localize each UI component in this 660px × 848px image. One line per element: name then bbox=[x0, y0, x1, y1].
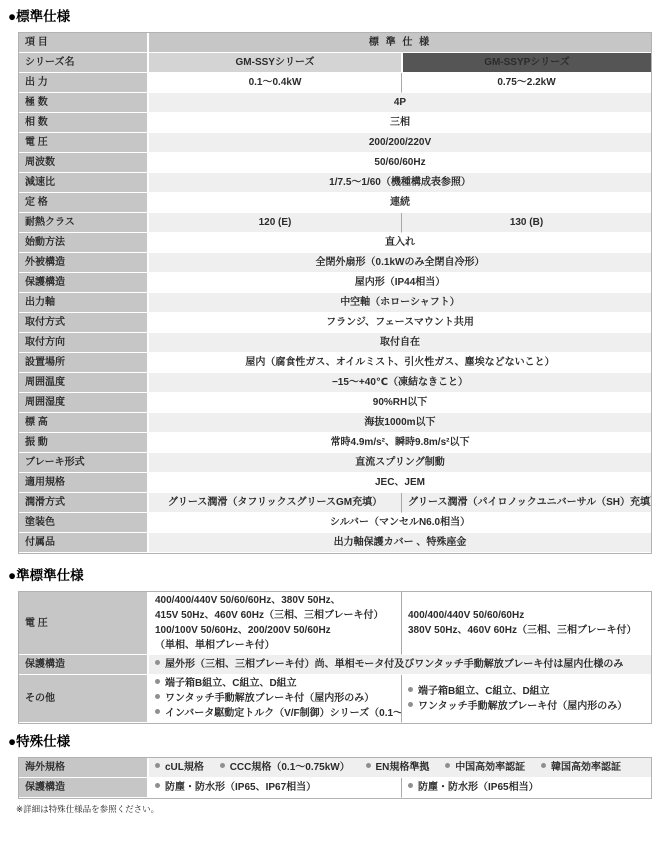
special-spec-heading: ●特殊仕様 bbox=[8, 733, 650, 750]
row-label: 耐熱クラス bbox=[19, 213, 149, 233]
list-item: EN規格準拠 bbox=[366, 762, 430, 773]
row-label: 周波数 bbox=[19, 153, 149, 173]
row-value: 出力軸保護カバー 、特殊座金 bbox=[149, 533, 651, 553]
bullet-icon bbox=[220, 763, 225, 768]
row-protection: 保護構造 屋内形（IP44相当） bbox=[19, 273, 651, 293]
header-item-label: 項 目 bbox=[19, 33, 149, 53]
row-label: 減速比 bbox=[19, 173, 149, 193]
list-item-text: 屋外形（三相、三相ブレーキ付）尚、単相モータ付及びワンタッチ手動解放ブレーキ付は… bbox=[165, 659, 623, 670]
row-lubrication: 潤滑方式 グリース潤滑（タフリックスグリースGM充填） グリース潤滑（パイロノッ… bbox=[19, 493, 651, 513]
series-ssyp-cell: GM-SSYPシリーズ bbox=[401, 53, 651, 73]
row-voltage: 電 圧 200/200/220V bbox=[19, 133, 651, 153]
table-header-row: 項 目 標 準 仕 様 bbox=[19, 33, 651, 53]
row-value: 取付自在 bbox=[149, 333, 651, 353]
row-label: 海外規格 bbox=[19, 758, 149, 778]
list-item-text: 防塵・防水形（IP65相当） bbox=[418, 782, 539, 793]
row-value: 4P bbox=[149, 93, 651, 113]
row-value-ssyp: 0.75～2.2kW bbox=[401, 73, 651, 93]
bullet-icon bbox=[155, 709, 160, 714]
row-label: 定 格 bbox=[19, 193, 149, 213]
bullet-icon bbox=[541, 763, 546, 768]
row-value: 90%RH以下 bbox=[149, 393, 651, 413]
standard-spec-heading: ●標準仕様 bbox=[8, 8, 650, 25]
row-label: 潤滑方式 bbox=[19, 493, 149, 513]
list-item: 100/100V 50/60Hz、200/200V 50/60Hz bbox=[155, 623, 395, 638]
list-item: 400/400/440V 50/60/60Hz bbox=[408, 608, 645, 623]
row-value: 屋内（腐食性ガス、オイルミスト、引火性ガス、塵埃などないこと） bbox=[149, 353, 651, 373]
row-ambient-temperature: 周囲温度 −15～+40℃（凍結なきこと） bbox=[19, 373, 651, 393]
row-label: その他 bbox=[19, 675, 149, 723]
bullet-icon bbox=[408, 783, 413, 788]
row-brake-type: ブレーキ形式 直流スプリング制動 bbox=[19, 453, 651, 473]
list-item-text: 中国高効率認証 bbox=[455, 762, 525, 773]
row-output-shaft: 出力軸 中空軸（ホローシャフト） bbox=[19, 293, 651, 313]
list-item-text: 韓国高効率認証 bbox=[551, 762, 621, 773]
row-paint-color: 塗装色 シルバー（マンセルN6.0相当） bbox=[19, 513, 651, 533]
row-value-ssy: グリース潤滑（タフリックスグリースGM充填） bbox=[149, 493, 401, 513]
protection-cell: 屋外形（三相、三相ブレーキ付）尚、単相モータ付及びワンタッチ手動解放ブレーキ付は… bbox=[149, 655, 651, 675]
row-value: フランジ、フェースマウント共用 bbox=[149, 313, 651, 333]
bullet-icon bbox=[155, 763, 160, 768]
list-item: 韓国高効率認証 bbox=[541, 762, 621, 773]
bullet-icon bbox=[155, 783, 160, 788]
row-enclosure: 外被構造 全閉外扇形（0.1kWのみ全閉自冷形） bbox=[19, 253, 651, 273]
row-output: 出 力 0.1～0.4kW 0.75～2.2kW bbox=[19, 73, 651, 93]
row-reduction-ratio: 減速比 1/7.5～1/60（機種構成表参照） bbox=[19, 173, 651, 193]
row-voltage-options: 電 圧 400/400/440V 50/60/60Hz、380V 50Hz、 4… bbox=[19, 592, 651, 655]
list-item-text: ワンタッチ手動解放ブレーキ付（屋内形のみ） bbox=[418, 701, 627, 712]
row-mounting-direction: 取付方向 取付自在 bbox=[19, 333, 651, 353]
row-value: 連続 bbox=[149, 193, 651, 213]
row-value: 50/60/60Hz bbox=[149, 153, 651, 173]
row-protection-semi: 保護構造 屋外形（三相、三相ブレーキ付）尚、単相モータ付及びワンタッチ手動解放ブ… bbox=[19, 655, 651, 675]
row-frequency: 周波数 50/60/60Hz bbox=[19, 153, 651, 173]
row-value: 常時4.9m/s²、瞬時9.8m/s²以下 bbox=[149, 433, 651, 453]
row-other-options: その他 端子箱B組立、C組立、D組立 ワンタッチ手動解放ブレーキ付（屋内形のみ）… bbox=[19, 675, 651, 723]
row-accessories: 付属品 出力軸保護カバー 、特殊座金 bbox=[19, 533, 651, 553]
voltage-ssy-cell: 400/400/440V 50/60/60Hz、380V 50Hz、 415V … bbox=[149, 592, 401, 655]
row-value: 1/7.5～1/60（機種構成表参照） bbox=[149, 173, 651, 193]
semi-standard-spec-table: 電 圧 400/400/440V 50/60/60Hz、380V 50Hz、 4… bbox=[18, 591, 652, 724]
bullet-icon bbox=[155, 679, 160, 684]
row-applicable-standards: 適用規格 JEC、JEM bbox=[19, 473, 651, 493]
row-label: 振 動 bbox=[19, 433, 149, 453]
row-label: 標 高 bbox=[19, 413, 149, 433]
protection-ssy-cell: 防塵・防水形（IP65、IP67相当） bbox=[149, 778, 401, 798]
bullet-icon bbox=[155, 660, 160, 665]
row-overseas-standards: 海外規格 cUL規格 CCC規格（0.1～0.75kW） EN規格準拠 中国高効… bbox=[19, 758, 651, 778]
row-poles: 極 数 4P bbox=[19, 93, 651, 113]
list-item-text: ワンタッチ手動解放ブレーキ付（屋内形のみ） bbox=[165, 693, 374, 704]
row-label: 始動方法 bbox=[19, 233, 149, 253]
row-label: 設置場所 bbox=[19, 353, 149, 373]
row-label: 取付方式 bbox=[19, 313, 149, 333]
bullet-icon bbox=[155, 694, 160, 699]
row-label: 適用規格 bbox=[19, 473, 149, 493]
row-ambient-humidity: 周囲湿度 90%RH以下 bbox=[19, 393, 651, 413]
row-label: シリーズ名 bbox=[19, 53, 149, 73]
row-value: JEC、JEM bbox=[149, 473, 651, 493]
bullet-icon bbox=[408, 702, 413, 707]
list-item-text: 防塵・防水形（IP65、IP67相当） bbox=[165, 782, 316, 793]
catalog-spec-page: ●標準仕様 項 目 標 準 仕 様 シリーズ名 GM-SSYシリーズ GM-SS… bbox=[0, 0, 660, 815]
row-value-ssy: 0.1～0.4kW bbox=[149, 73, 401, 93]
special-spec-table: 海外規格 cUL規格 CCC規格（0.1～0.75kW） EN規格準拠 中国高効… bbox=[18, 757, 652, 799]
row-value-ssyp: 130 (B) bbox=[401, 213, 651, 233]
row-mounting-method: 取付方式 フランジ、フェースマウント共用 bbox=[19, 313, 651, 333]
row-value: 海抜1000m以下 bbox=[149, 413, 651, 433]
row-label: 周囲温度 bbox=[19, 373, 149, 393]
footnote: ※詳細は特殊仕様品を参照ください。 bbox=[16, 804, 650, 815]
list-item: cUL規格 bbox=[155, 762, 204, 773]
row-installation-site: 設置場所 屋内（腐食性ガス、オイルミスト、引火性ガス、塵埃などないこと） bbox=[19, 353, 651, 373]
row-label: 付属品 bbox=[19, 533, 149, 553]
row-label: 塗装色 bbox=[19, 513, 149, 533]
row-rating: 定 格 連続 bbox=[19, 193, 651, 213]
row-value: 屋内形（IP44相当） bbox=[149, 273, 651, 293]
list-item-text: 端子箱B組立、C組立、D組立 bbox=[418, 686, 550, 697]
list-item: CCC規格（0.1～0.75kW） bbox=[220, 762, 350, 773]
row-label: 出 力 bbox=[19, 73, 149, 93]
bullet-icon bbox=[366, 763, 371, 768]
row-heat-class: 耐熱クラス 120 (E) 130 (B) bbox=[19, 213, 651, 233]
semi-standard-spec-heading: ●準標準仕様 bbox=[8, 567, 650, 584]
list-item: 端子箱B組立、C組立、D組立 bbox=[408, 684, 645, 699]
list-item: 端子箱B組立、C組立、D組立 bbox=[155, 676, 395, 691]
list-item-text: EN規格準拠 bbox=[376, 762, 430, 773]
list-item-text: cUL規格 bbox=[165, 762, 204, 773]
row-label: 電 圧 bbox=[19, 592, 149, 655]
other-ssyp-cell: 端子箱B組立、C組立、D組立 ワンタッチ手動解放ブレーキ付（屋内形のみ） bbox=[401, 675, 651, 723]
list-item-text: インバータ駆動定トルク（V/F制御）シリーズ（0.1～0.4kW） bbox=[165, 708, 401, 719]
row-series: シリーズ名 GM-SSYシリーズ GM-SSYPシリーズ bbox=[19, 53, 651, 73]
protection-ssyp-cell: 防塵・防水形（IP65相当） bbox=[401, 778, 651, 798]
row-label: 電 圧 bbox=[19, 133, 149, 153]
row-label: 保護構造 bbox=[19, 273, 149, 293]
row-label: 出力軸 bbox=[19, 293, 149, 313]
row-label: 外被構造 bbox=[19, 253, 149, 273]
row-label: 周囲湿度 bbox=[19, 393, 149, 413]
row-value: 中空軸（ホローシャフト） bbox=[149, 293, 651, 313]
row-value: 直流スプリング制動 bbox=[149, 453, 651, 473]
row-protection-special: 保護構造 防塵・防水形（IP65、IP67相当） 防塵・防水形（IP65相当） bbox=[19, 778, 651, 798]
bullet-icon bbox=[445, 763, 450, 768]
list-item: 380V 50Hz、460V 60Hz（三相、三相ブレーキ付） bbox=[408, 623, 645, 638]
row-altitude: 標 高 海抜1000m以下 bbox=[19, 413, 651, 433]
row-value: −15～+40℃（凍結なきこと） bbox=[149, 373, 651, 393]
row-label: 取付方向 bbox=[19, 333, 149, 353]
list-item: 防塵・防水形（IP65、IP67相当） bbox=[155, 782, 316, 793]
row-value-ssy: 120 (E) bbox=[149, 213, 401, 233]
voltage-ssyp-cell: 400/400/440V 50/60/60Hz 380V 50Hz、460V 6… bbox=[401, 592, 651, 655]
header-spec-label: 標 準 仕 様 bbox=[149, 33, 651, 53]
row-value: 全閉外扇形（0.1kWのみ全閉自冷形） bbox=[149, 253, 651, 273]
row-label: 相 数 bbox=[19, 113, 149, 133]
list-item: （単相、単相ブレーキ付） bbox=[155, 638, 395, 653]
list-item: 400/400/440V 50/60/60Hz、380V 50Hz、 bbox=[155, 593, 395, 608]
row-label: 保護構造 bbox=[19, 655, 149, 675]
list-item: 屋外形（三相、三相ブレーキ付）尚、単相モータ付及びワンタッチ手動解放ブレーキ付は… bbox=[155, 657, 645, 672]
list-item: インバータ駆動定トルク（V/F制御）シリーズ（0.1～0.4kW） bbox=[155, 706, 395, 721]
row-value: 200/200/220V bbox=[149, 133, 651, 153]
row-value: シルバー（マンセルN6.0相当） bbox=[149, 513, 651, 533]
list-item: 中国高効率認証 bbox=[445, 762, 525, 773]
series-ssy-cell: GM-SSYシリーズ bbox=[149, 53, 401, 73]
row-label: 保護構造 bbox=[19, 778, 149, 798]
other-ssy-cell: 端子箱B組立、C組立、D組立 ワンタッチ手動解放ブレーキ付（屋内形のみ） インバ… bbox=[149, 675, 401, 723]
row-value-ssyp: グリース潤滑（パイロノックユニバーサル（SH）充填） bbox=[401, 493, 651, 513]
list-item-text: CCC規格（0.1～0.75kW） bbox=[230, 762, 350, 773]
row-vibration: 振 動 常時4.9m/s²、瞬時9.8m/s²以下 bbox=[19, 433, 651, 453]
list-item: 防塵・防水形（IP65相当） bbox=[408, 782, 539, 793]
list-item: ワンタッチ手動解放ブレーキ付（屋内形のみ） bbox=[408, 699, 645, 714]
row-value: 直入れ bbox=[149, 233, 651, 253]
row-label: 極 数 bbox=[19, 93, 149, 113]
standard-spec-table: 項 目 標 準 仕 様 シリーズ名 GM-SSYシリーズ GM-SSYPシリーズ… bbox=[18, 32, 652, 554]
list-item: ワンタッチ手動解放ブレーキ付（屋内形のみ） bbox=[155, 691, 395, 706]
list-item-text: 端子箱B組立、C組立、D組立 bbox=[165, 678, 297, 689]
overseas-cell: cUL規格 CCC規格（0.1～0.75kW） EN規格準拠 中国高効率認証 韓… bbox=[149, 758, 651, 778]
row-starting-method: 始動方法 直入れ bbox=[19, 233, 651, 253]
row-value: 三相 bbox=[149, 113, 651, 133]
list-item: 415V 50Hz、460V 60Hz（三相、三相ブレーキ付） bbox=[155, 608, 395, 623]
row-phases: 相 数 三相 bbox=[19, 113, 651, 133]
bullet-icon bbox=[408, 687, 413, 692]
row-label: ブレーキ形式 bbox=[19, 453, 149, 473]
